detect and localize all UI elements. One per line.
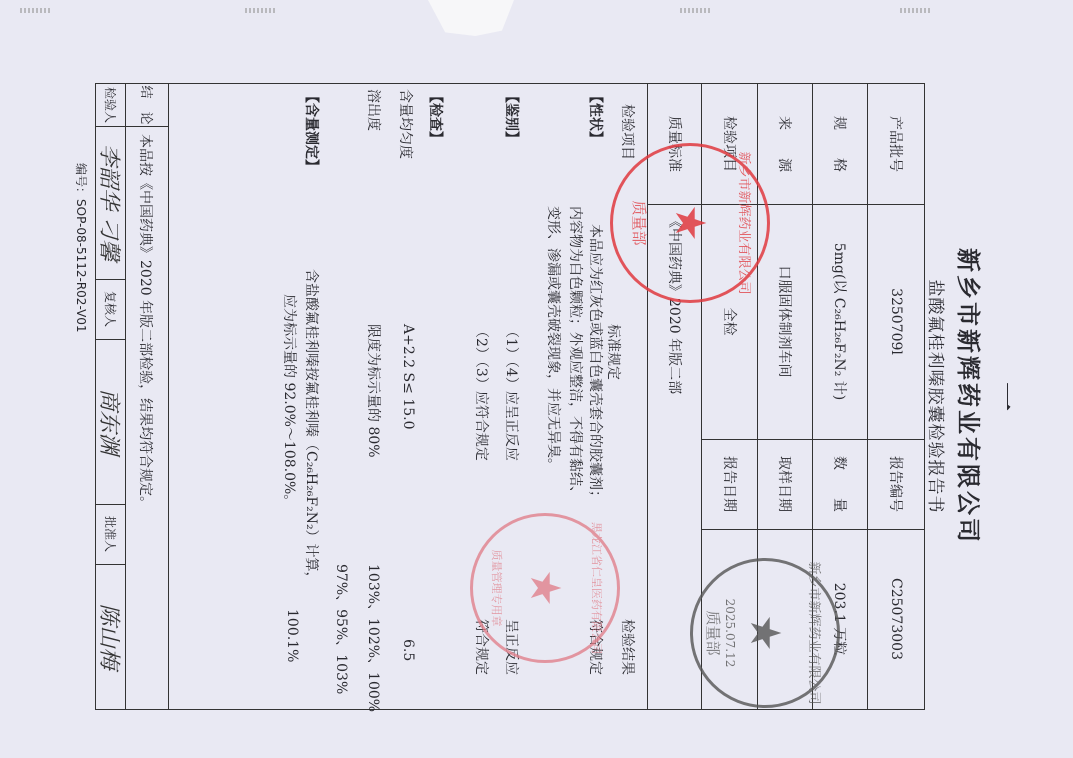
col-header-standard: 标准规定 <box>604 324 624 380</box>
label-sampling-date: 取样日期 <box>758 439 813 529</box>
heading-character: 【性状】 <box>586 89 606 145</box>
assay-standard-1: 含盐酸氟桂利嗪按氟桂利嗪（C₂₆H₂₆F₂N₂）计算， <box>302 269 322 586</box>
approver-signature: 陈山梅 <box>96 564 126 709</box>
inspection-result-1: 6.5 <box>400 639 416 661</box>
conclusion-label: 结 论 <box>126 84 169 126</box>
star-icon: ★ <box>669 204 711 242</box>
page-mark: 一 <box>986 83 1030 710</box>
reviewer-signature: 商东渊 <box>96 339 126 504</box>
star-icon: ★ <box>744 614 786 652</box>
star-icon: ★ <box>524 569 566 607</box>
label-source: 来 源 <box>758 84 813 204</box>
character-standard-2: 内容物为白色颗粒；外观应整洁，不得有黏结、 <box>566 206 586 500</box>
label-spec: 规 格 <box>813 84 868 204</box>
inspection-standard-2: 限度为标示量的 80% <box>364 324 384 458</box>
identification-standard-2: （2）（3）应符合规定 <box>472 324 492 461</box>
inspection-result-2a: 103%、102%、100% <box>364 564 384 712</box>
inspection-standard-1: A+2.2 S≤ 15.0 <box>400 324 416 430</box>
assay-standard-2: 应为标示量的 92.0%～108.0%。 <box>280 294 300 508</box>
form-number: 编号：SOP-08-5112-R02-V01 <box>73 163 90 333</box>
label-batch-no: 产品批号 <box>868 84 924 204</box>
inspection-result-2b: 97%、95%、103% <box>332 564 352 694</box>
distributor-stamp-pink: 黑龙江省仁皇医药有限公司 ★ 质量管理专用章 <box>470 513 620 663</box>
reviewer-label: 复核人 <box>96 279 126 339</box>
inspection-item-1: 含量均匀度 <box>396 89 416 159</box>
assay-result: 100.1% <box>284 609 300 662</box>
document-page: 一 新乡市新辉药业有限公司 盐酸氟桂利嗪胶囊检验报告书 产品批号 3250709… <box>0 0 1073 758</box>
heading-identification: 【鉴别】 <box>502 89 522 145</box>
label-quantity: 数 量 <box>813 439 868 529</box>
col-header-result: 检验结果 <box>618 619 638 675</box>
inspector-signature: 李韶华 刁馨 <box>96 126 126 279</box>
quality-dept-stamp-red: 新乡市新辉药业有限公司 ★ 质量部 <box>610 143 770 303</box>
value-spec: 5mg(以 C₂₆H₂₆F₂N₂ 计) <box>813 204 868 439</box>
label-report-date: 报告日期 <box>702 439 758 529</box>
company-name: 新乡市新辉药业有限公司 <box>953 83 988 710</box>
inspector-label: 检验人 <box>96 84 126 126</box>
approver-label: 批准人 <box>96 504 126 564</box>
character-standard-1: 本品应为红灰色或蓝白色囊壳套合的胶囊剂； <box>586 224 606 504</box>
character-standard-3: 变形、渗漏或囊壳破裂现象，并应无异臭。 <box>544 206 564 472</box>
heading-assay: 【含量测定】 <box>302 89 322 173</box>
report-title: 盐酸氟桂利嗪胶囊检验报告书 <box>925 83 950 710</box>
label-report-no: 报告编号 <box>868 439 924 529</box>
conclusion-text: 本品按《中国药典》2020 年版二部检验，结果均符合规定。 <box>136 134 156 510</box>
inspection-item-2: 溶出度 <box>364 89 384 131</box>
heading-inspection: 【检查】 <box>426 89 446 145</box>
identification-standard-1: （1）（4）应呈正反应 <box>502 324 522 461</box>
value-report-no: C25073003 <box>868 529 924 709</box>
quality-dept-stamp-gray: 新乡市新辉药业有限公司 ★ 2025.07.12 质量部 <box>690 558 840 708</box>
value-batch-no: 3250709l <box>868 204 924 439</box>
